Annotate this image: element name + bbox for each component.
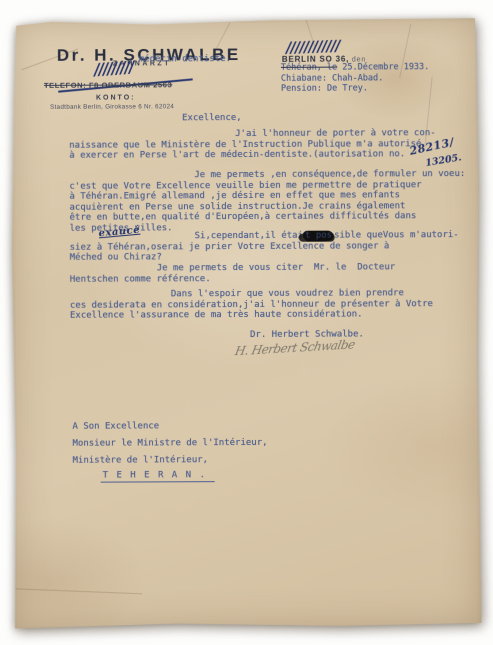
text-after-blot: sible queVous m'autori- <box>334 230 459 241</box>
paragraph-closing: Dans l'espoir que vous voudrez bien pren… <box>70 288 433 321</box>
body-line: à exercer en Perse l'art de médecin-dent… <box>69 149 436 161</box>
letterhead-profession-typed: médecin-dentiste. <box>139 54 231 64</box>
recipient-line-3: Ministère de l'Intérieur, <box>73 455 209 466</box>
letterhead-konto-detail: Stadtbank Berlin, Girokasse 6 Nr. 62024 <box>50 103 174 111</box>
body-line: Hentschen comme référence. <box>70 273 395 285</box>
recipient-line-1: A Son Excellence <box>72 421 159 431</box>
handwritten-signature: H. Herbert Schwalbe <box>234 337 356 358</box>
body-line: être en butte,en qualité d'Européen,à ce… <box>70 211 466 223</box>
paragraph-wish: Je me permets ,en conséquence,de formule… <box>69 169 465 234</box>
recipient-line-2: Monsieur le Ministre de l'Intérieur, <box>72 438 267 449</box>
body-line: Je me permets de vous citer Mr. le Docte… <box>70 262 395 274</box>
screenshot-root: { "colors": { "paper": "#d9c7ab", "typed… <box>0 0 493 645</box>
ink-blot: t pos <box>303 231 334 241</box>
paragraph-alternative-cities: Si,cependant,il était possible queVous m… <box>70 230 459 263</box>
body-line: Méched ou Chiraz? <box>70 251 459 263</box>
paragraph-authorization: J'ai l'honneur de porter à votre con- na… <box>69 128 436 161</box>
paragraph-reference: Je me permets de vous citer Mr. le Docte… <box>70 262 396 285</box>
salutation: Excellence, <box>182 113 242 123</box>
date-value: 25.Décembre 1933. <box>337 62 429 72</box>
typed-date-line: Téhéran, le 25.Décembre 1933. <box>281 62 429 73</box>
body-line: Excellence l'assurance de ma très haute … <box>70 309 433 321</box>
letter-paper: Dr. H. SCHWALBE ZAHNARZT ///////// médec… <box>10 17 483 631</box>
body-line: Si,cependant,il était possible queVous m… <box>70 230 459 242</box>
recipient-city-underlined: T E H E R A N . <box>101 470 215 482</box>
ink-hatch-mark: ///////// <box>93 57 133 79</box>
text-before-blot: Si,cependant,il étai <box>195 231 303 241</box>
letterhead-telefon: TELEFON: F8 OBERBAUM 2563 <box>44 80 172 90</box>
struck-place: Téhéran, le <box>281 63 337 73</box>
letter-photo: Dr. H. SCHWALBE ZAHNARZT ///////// médec… <box>10 17 483 631</box>
letterhead-konto-label: KONTO: <box>96 94 136 101</box>
sender-address-line-2: Pension: De Trey. <box>281 83 368 93</box>
sender-address-line-1: Chiabane: Chah-Abad. <box>281 73 383 83</box>
paper-crease <box>12 588 142 594</box>
